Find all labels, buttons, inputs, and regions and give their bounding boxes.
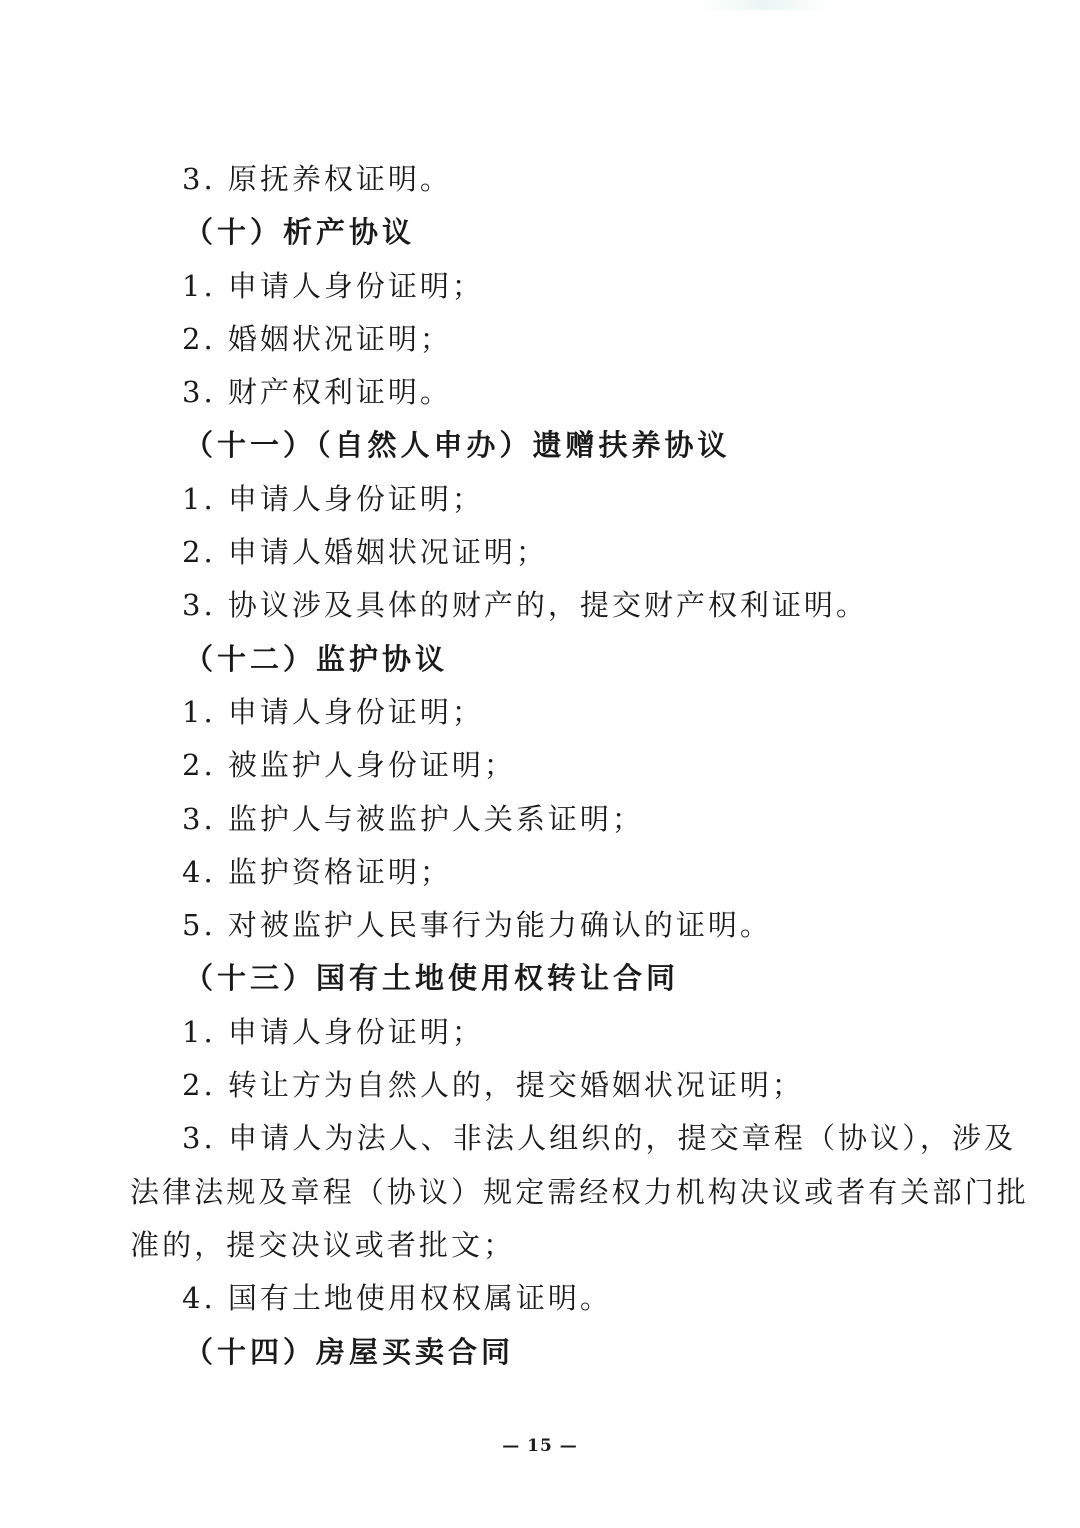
list-item: 3. 原抚养权证明。 [130,153,930,206]
list-item: 3. 监护人与被监护人关系证明； [130,793,930,846]
section-heading-13: （十三）国有土地使用权转让合同 [130,952,930,1005]
list-item: 1. 申请人身份证明； [130,260,930,313]
document-body: 3. 原抚养权证明。 （十）析产协议 1. 申请人身份证明； 2. 婚姻状况证明… [130,153,930,1379]
list-item: 1. 申请人身份证明； [130,686,930,739]
list-item: 2. 婚姻状况证明； [130,313,930,366]
paragraph-line: 3. 申请人为法人、非法人组织的，提交章程（协议），涉及 [130,1112,930,1165]
list-item: 5. 对被监护人民事行为能力确认的证明。 [130,899,930,952]
list-item: 2. 申请人婚姻状况证明； [130,526,930,579]
paragraph-line: 法律法规及章程（协议）规定需经权力机构决议或者有关部门批 [130,1166,930,1219]
scan-artifact [700,0,830,10]
page-number: — 15 — [0,1436,1080,1456]
section-heading-10: （十）析产协议 [130,206,930,259]
list-item: 1. 申请人身份证明； [130,1006,930,1059]
list-item: 1. 申请人身份证明； [130,473,930,526]
list-item: 3. 财产权利证明。 [130,366,930,419]
section-heading-14: （十四）房屋买卖合同 [130,1326,930,1379]
section-heading-12: （十二）监护协议 [130,633,930,686]
list-item: 4. 监护资格证明； [130,846,930,899]
list-item: 3. 协议涉及具体的财产的，提交财产权利证明。 [130,579,930,632]
paragraph-line: 准的，提交决议或者批文； [130,1219,930,1272]
document-page: 3. 原抚养权证明。 （十）析产协议 1. 申请人身份证明； 2. 婚姻状况证明… [0,0,1080,1528]
list-item: 2. 转让方为自然人的，提交婚姻状况证明； [130,1059,930,1112]
list-item: 2. 被监护人身份证明； [130,739,930,792]
section-heading-11: （十一）（自然人申办）遗赠扶养协议 [130,419,930,472]
list-item: 4. 国有土地使用权权属证明。 [130,1272,930,1325]
